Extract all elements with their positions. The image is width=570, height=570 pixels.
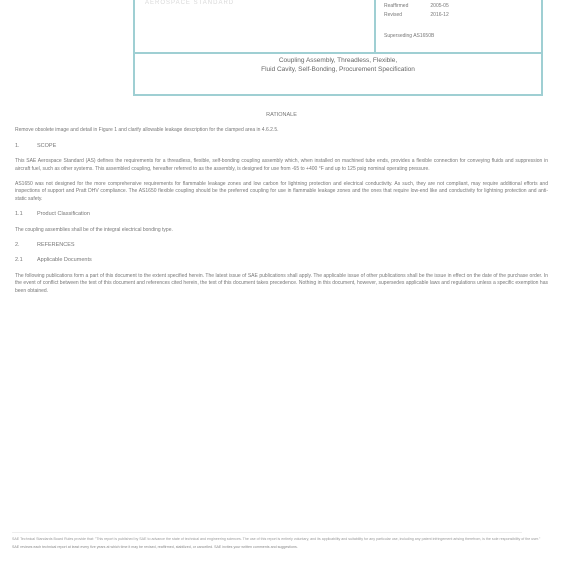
section-heading-scope: 1.SCOPE: [15, 143, 548, 150]
document-header-box: AEROSPACE STANDARD Reaffirmed 2005-05 Re…: [133, 0, 543, 96]
header-meta-area: Reaffirmed 2005-05 Revised 2016-12 Super…: [376, 0, 541, 54]
rationale-heading: RATIONALE: [15, 112, 548, 119]
meta-superseding: Superseding AS1650B: [384, 33, 434, 39]
document-body: RATIONALE Remove obsolete image and deta…: [15, 112, 548, 303]
section-heading-product-classification: 1.1Product Classification: [15, 211, 548, 218]
scope-paragraph-1: This SAE Aerospace Standard (AS) defines…: [15, 158, 548, 173]
rationale-text: Remove obsolete image and detail in Figu…: [15, 127, 548, 134]
section-heading-references: 2.REFERENCES: [15, 242, 548, 249]
applicable-documents-paragraph: The following publications form a part o…: [15, 273, 548, 295]
footer-divider: [12, 532, 522, 533]
meta-row-reaffirmed: Reaffirmed 2005-05: [384, 3, 449, 9]
document-title: Coupling Assembly, Threadless, Flexible,…: [135, 56, 541, 74]
footer-line-1: SAE Technical Standards Board Rules prov…: [12, 537, 556, 542]
scope-paragraph-2: AS1650 was not designed for the more com…: [15, 181, 548, 203]
footer-line-2: SAE reviews each technical report at lea…: [12, 545, 556, 550]
section-heading-applicable-documents: 2.1Applicable Documents: [15, 257, 548, 264]
header-logo-area: AEROSPACE STANDARD: [135, 0, 376, 54]
meta-row-revised: Revised 2016-12: [384, 12, 449, 18]
product-classification-paragraph: The coupling assemblies shall be of the …: [15, 227, 548, 234]
document-footer: SAE Technical Standards Board Rules prov…: [12, 537, 556, 550]
header-faint-label: AEROSPACE STANDARD: [145, 0, 234, 6]
